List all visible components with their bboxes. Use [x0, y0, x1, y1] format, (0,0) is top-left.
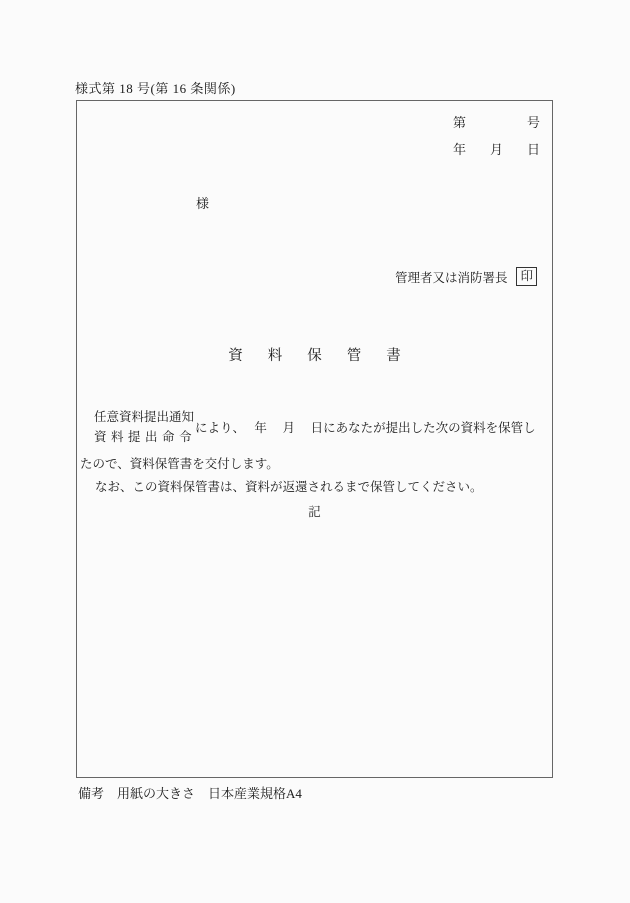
- document-number-row: 第 号: [453, 109, 540, 136]
- number-suffix-label: 号: [527, 109, 540, 136]
- addressee-honorific: 様: [196, 193, 209, 212]
- body-line-1: 任意資料提出通知 資料提出命令 により、 年 月 日にあなたが提出した次の資料を…: [80, 407, 549, 447]
- date-year-label: 年: [453, 136, 466, 163]
- document-page: 様式第 18 号(第 16 条関係) 第 号 年 月 日 様 管理者又は消防署長…: [0, 0, 630, 903]
- remarks-paper-size: 備考 用紙の大きさ 日本産業規格A4: [78, 783, 302, 802]
- document-title: 資料保管書: [77, 344, 552, 365]
- issuer-line: 管理者又は消防署長 印: [395, 267, 537, 286]
- body-line-3: なお、この資料保管書は、資料が返還されるまで保管してください。: [80, 476, 549, 499]
- document-number-and-date: 第 号 年 月 日: [453, 109, 540, 163]
- option-submission-order: 資料提出命令: [94, 430, 196, 444]
- form-number-label: 様式第 18 号(第 16 条関係): [75, 78, 236, 97]
- option-voluntary-notice: 任意資料提出通知: [94, 410, 194, 424]
- body-line-2: たので、資料保管書を交付します。: [80, 453, 549, 476]
- form-frame: 第 号 年 月 日 様 管理者又は消防署長 印 資料保管書 任意資料提出通知 資…: [76, 100, 553, 778]
- issuer-label: 管理者又は消防署長: [395, 268, 508, 286]
- document-date-row: 年 月 日: [453, 136, 540, 163]
- date-month-label: 月: [490, 136, 503, 163]
- body-line-1-text: により、 年 月 日にあなたが提出した次の資料を保管し: [195, 418, 536, 436]
- date-day-label: 日: [527, 136, 540, 163]
- body-text: 任意資料提出通知 資料提出命令 により、 年 月 日にあなたが提出した次の資料を…: [80, 407, 549, 524]
- number-prefix-label: 第: [453, 109, 466, 136]
- ki-marker: 記: [80, 501, 549, 524]
- seal-placeholder: 印: [516, 267, 537, 286]
- notice-or-order-options: 任意資料提出通知 資料提出命令: [94, 407, 195, 447]
